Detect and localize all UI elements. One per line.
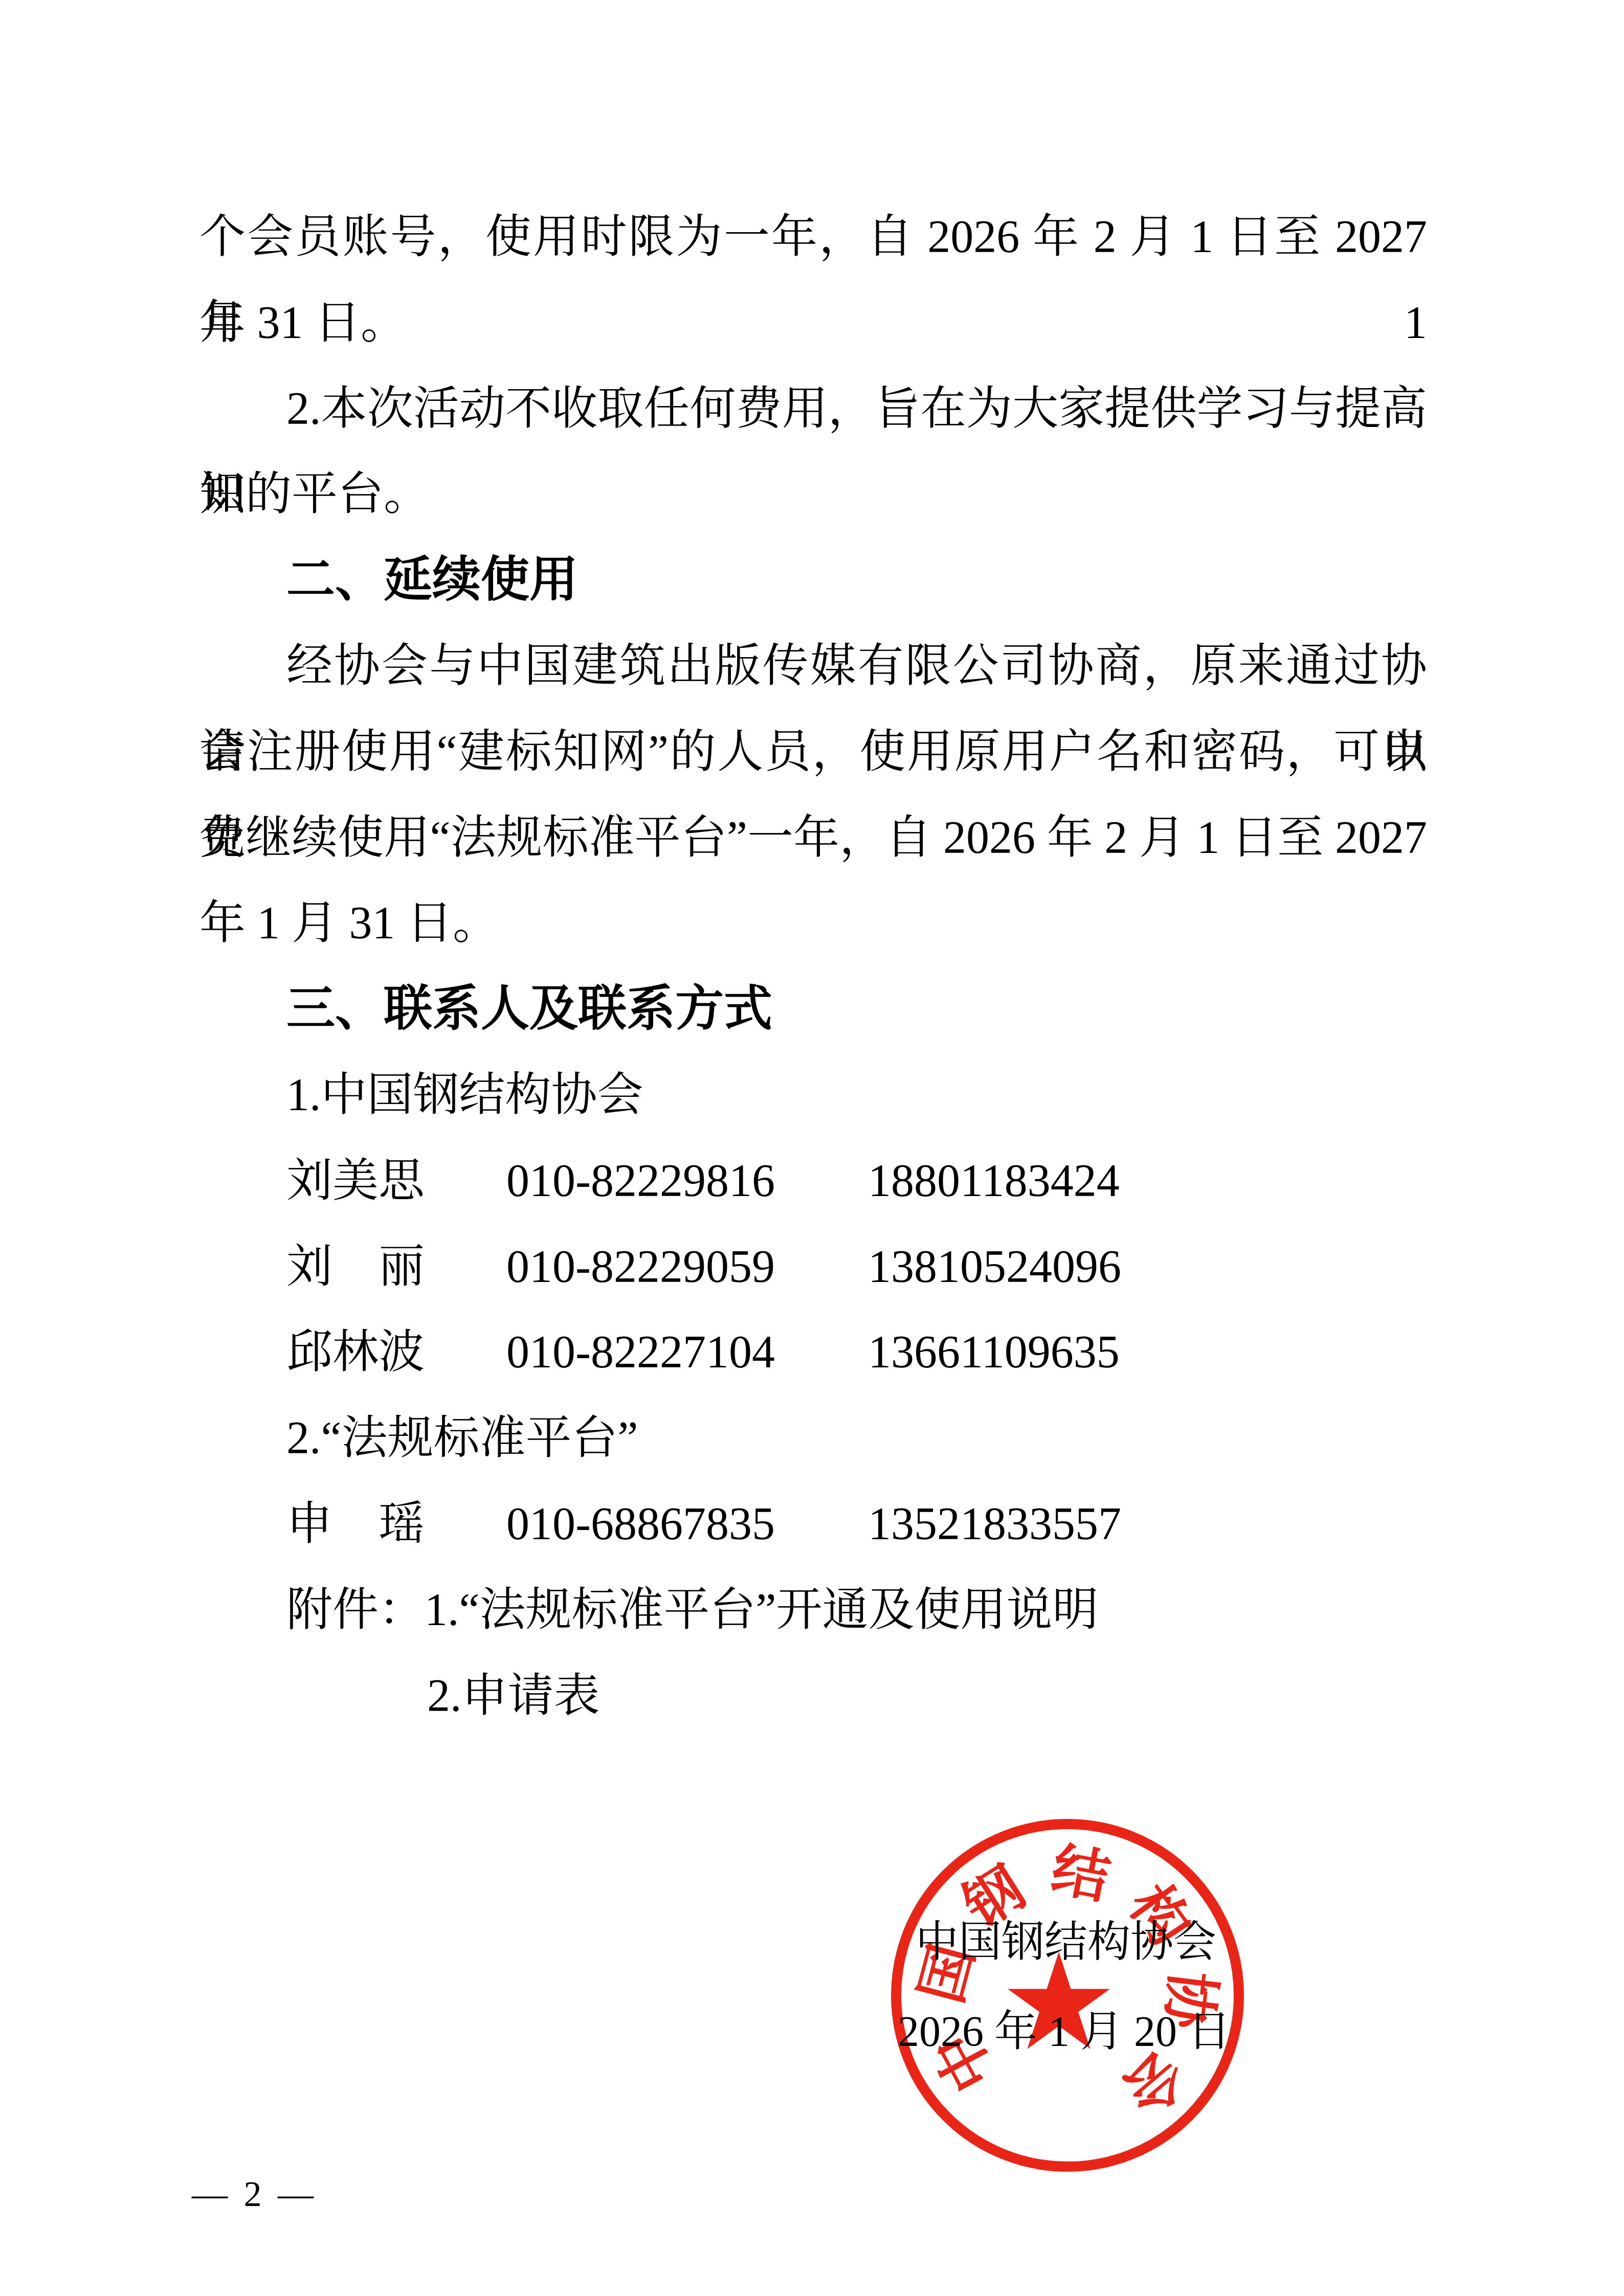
section3-heading: 三、联系人及联系方式	[199, 966, 1427, 1052]
contact-mobile: 18801183424	[868, 1138, 1427, 1224]
page-number-footer: — 2 —	[192, 2169, 314, 2220]
contact-name: 刘美思	[286, 1138, 506, 1224]
contact-row: 邱林波 010-82227104 13661109635	[199, 1310, 1427, 1395]
contact-phone: 010-82229059	[506, 1224, 868, 1310]
contact-phone: 010-82227104	[506, 1310, 868, 1395]
contact-phone: 010-82229816	[506, 1138, 868, 1224]
seal-arc-text: 中国钢结构协会	[910, 1838, 1224, 2136]
contact-name: 刘 丽	[286, 1224, 506, 1310]
section2-line2: 请注册使用“建标知网”的人员，使用原用户名和密码，可以免	[199, 709, 1427, 795]
para2-line1: 2.本次活动不收取任何费用，旨在为大家提供学习与提高知	[199, 366, 1427, 452]
contact-mobile: 13810524096	[868, 1224, 1427, 1310]
para2-line2: 识的平台。	[199, 452, 1427, 537]
section2-line3: 费继续使用“法规标准平台”一年，自 2026 年 2 月 1 日至 2027	[199, 795, 1427, 881]
seal-ring	[896, 1824, 1239, 2167]
contact-row: 刘美思 010-82229816 18801183424	[199, 1138, 1427, 1224]
contact-phone: 010-68867835	[506, 1481, 868, 1567]
contact-mobile: 13521833557	[868, 1481, 1427, 1567]
attachments-line1: 附件：1.“法规标准平台”开通及使用说明	[199, 1567, 1427, 1653]
contact-row: 申 瑶 010-68867835 13521833557	[199, 1481, 1427, 1567]
contact-name: 邱林波	[286, 1310, 506, 1395]
official-seal-stamp: 中国钢结构协会	[864, 1790, 1274, 2199]
signature-date: 2026 年 1 月 20 日	[898, 2001, 1231, 2063]
para1-line1: 个会员账号，使用时限为一年，自 2026 年 2 月 1 日至 2027 年 1	[199, 194, 1427, 280]
signature-organization: 中国钢结构协会	[916, 1912, 1216, 1973]
attachments-line2: 2.申请表	[199, 1653, 1427, 1739]
contact-group2-title: 2.“法规标准平台”	[199, 1395, 1427, 1481]
document-page: 个会员账号，使用时限为一年，自 2026 年 2 月 1 日至 2027 年 1…	[0, 0, 1624, 2296]
contact-name: 申 瑶	[286, 1481, 506, 1567]
seal-arc-text-holder: 中国钢结构协会	[910, 1838, 1224, 2136]
contact-row: 刘 丽 010-82229059 13810524096	[199, 1224, 1427, 1310]
contact-group1-title: 1.中国钢结构协会	[199, 1052, 1427, 1138]
document-body: 个会员账号，使用时限为一年，自 2026 年 2 月 1 日至 2027 年 1…	[199, 194, 1427, 1739]
section2-line1: 经协会与中国建筑出版传媒有限公司协商，原来通过协会申	[199, 623, 1427, 709]
section2-line4: 年 1 月 31 日。	[199, 881, 1427, 966]
section2-heading: 二、延续使用	[199, 537, 1427, 623]
contact-mobile: 13661109635	[868, 1310, 1427, 1395]
